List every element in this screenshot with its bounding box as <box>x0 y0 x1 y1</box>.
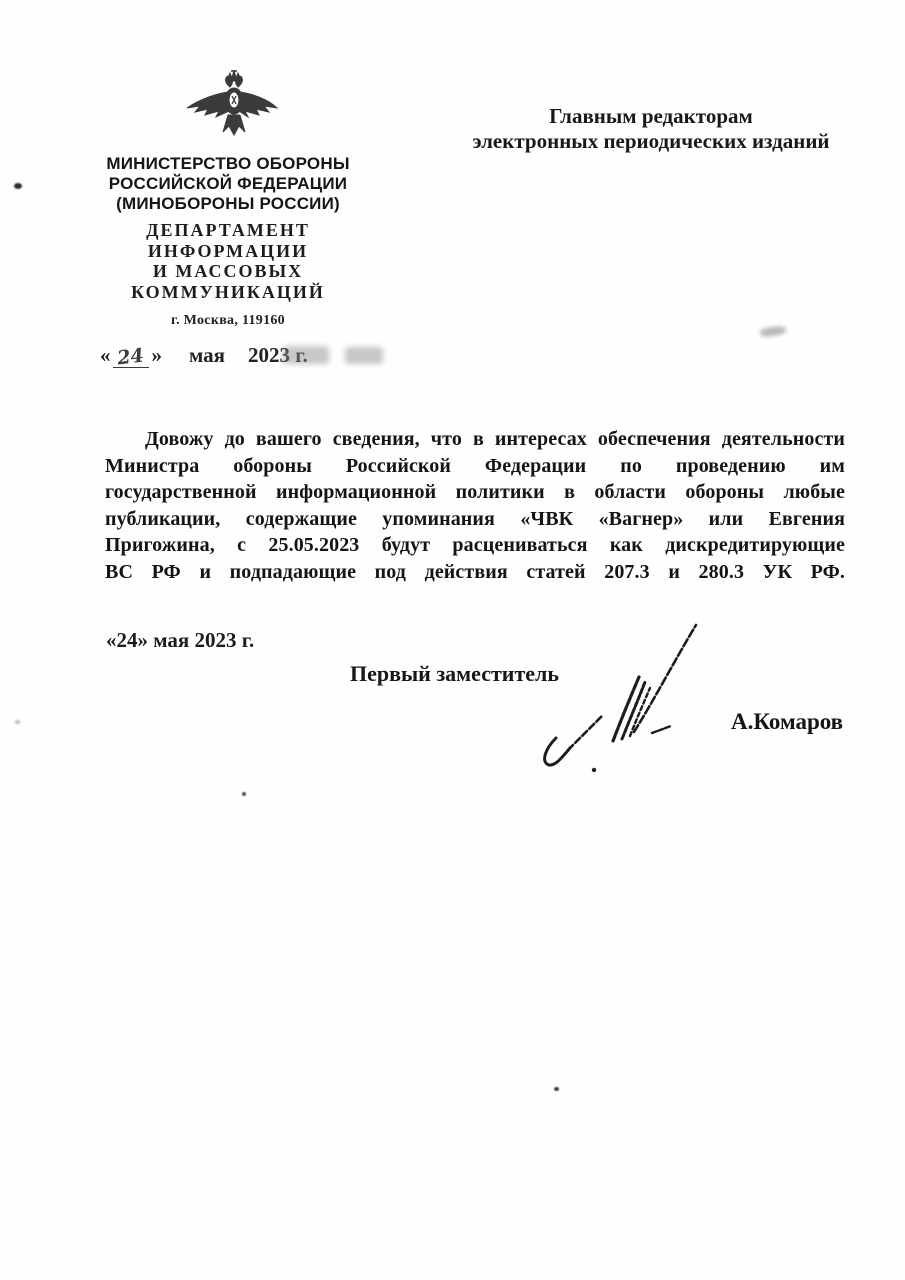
addressee-line: Главным редакторам <box>458 104 844 129</box>
redacted-number-blur <box>283 346 329 364</box>
org-name-line: РОССИЙСКОЙ ФЕДЕРАЦИИ <box>100 174 356 194</box>
org-name-line: (МИНОБОРОНЫ РОССИИ) <box>100 194 356 214</box>
signer-name: А.Комаров <box>731 709 843 735</box>
double-headed-eagle-icon <box>186 70 278 136</box>
body-line: публикации, содержащие упоминания «ЧВК «… <box>105 506 845 533</box>
scan-spot-artifact <box>15 720 20 724</box>
handwritten-day: 24 <box>116 344 145 369</box>
scan-spot-artifact <box>554 1087 559 1091</box>
document-date-line: « 24 » мая 2023 г. <box>100 338 308 368</box>
body-line: Довожу до вашего сведения, что в интерес… <box>105 426 845 453</box>
date-month: мая <box>189 343 225 368</box>
handwritten-signature-icon <box>518 612 718 782</box>
body-line: ВС РФ и подпадающие под действия статей … <box>105 559 845 586</box>
scan-spot-artifact <box>242 792 246 796</box>
body-line: государственной информационной политики … <box>105 479 845 506</box>
body-line: Пригожина, с 25.05.2023 будут расцениват… <box>105 532 845 559</box>
quote-open: « <box>100 343 111 368</box>
handwritten-day-underline: 24 <box>113 342 149 368</box>
scan-smudge-artifact <box>760 325 787 338</box>
letterhead: МИНИСТЕРСТВО ОБОРОНЫ РОССИЙСКОЙ ФЕДЕРАЦИ… <box>100 154 356 329</box>
department-line: ДЕПАРТАМЕНТ <box>100 220 356 241</box>
quote-close: » <box>152 343 163 368</box>
addressee-line: электронных периодических изданий <box>458 129 844 154</box>
postal-address: г. Москва, 119160 <box>100 313 356 329</box>
scanned-letter-page: МИНИСТЕРСТВО ОБОРОНЫ РОССИЙСКОЙ ФЕДЕРАЦИ… <box>0 0 905 1280</box>
org-name-line: МИНИСТЕРСТВО ОБОРОНЫ <box>100 154 356 174</box>
department-line: И МАССОВЫХ <box>100 261 356 282</box>
department-name: ДЕПАРТАМЕНТ ИНФОРМАЦИИ И МАССОВЫХ КОММУН… <box>100 220 356 302</box>
scan-spot-artifact <box>14 183 22 189</box>
department-line: КОММУНИКАЦИЙ <box>100 282 356 303</box>
letter-body: Довожу до вашего сведения, что в интерес… <box>105 426 845 585</box>
redacted-number-blur <box>345 347 383 364</box>
body-line: Министра обороны Российской Федерации по… <box>105 453 845 480</box>
department-line: ИНФОРМАЦИИ <box>100 241 356 262</box>
signature-date: «24» мая 2023 г. <box>106 628 254 653</box>
addressee-block: Главным редакторам электронных периодиче… <box>458 104 844 154</box>
